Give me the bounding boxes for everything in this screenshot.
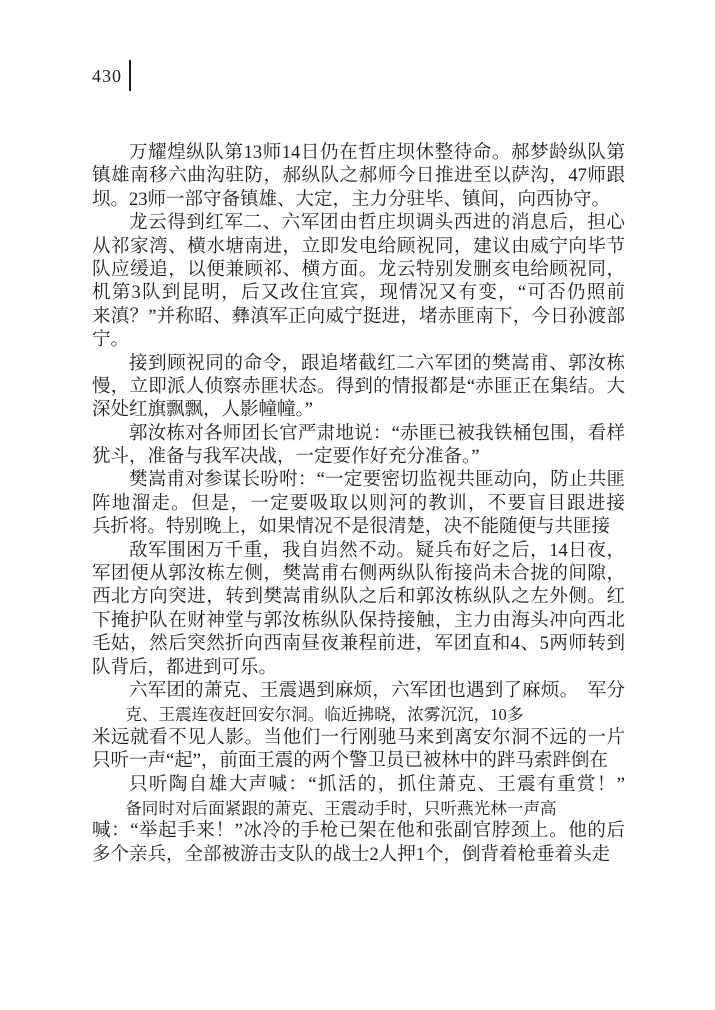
book-page: 430 万耀煌纵队第13师14日仍在哲庄坝休整待命。郝梦龄纵队第99师从镇雄南移… (0, 0, 715, 1010)
text-line: 兵折将。特别晚上，如果情况不是很清楚，决不能随便与共匪接触。” (92, 516, 625, 539)
text-line: 龙云得到红军二、六军团由哲庄坝调头西进的消息后，担心赤匪会 (92, 212, 625, 235)
page-number: 430 (92, 66, 122, 87)
text-line: 镇雄南移六曲沟驻防，郝纵队之郝师今日推进至以萨沟，47师跟进至羊肠 (92, 165, 625, 188)
text-line: 敌军围困万千重，我自岿然不动。疑兵布好之后，14日夜，红二、六 (92, 540, 625, 563)
text-line: 下掩护队在财神堂与郭汝栋纵队保持接触，主力由海头冲向西北前进，至 (92, 610, 625, 633)
page-number-rule (129, 60, 131, 91)
text-line: 宁。 (92, 329, 625, 352)
text-line: 队应缓追，以便兼顾祁、横方面。龙云特别发删亥电给顾祝同，说原调飞 (92, 259, 625, 282)
text-line: 克、王震连夜赶回安尔洞。临近拂晓，浓雾沉沉，10多 (92, 703, 625, 726)
text-line: 深处红旗飘飘，人影幢幢。” (92, 399, 625, 422)
text-line: 慢，立即派人侦察赤匪状态。得到的情报都是“赤匪正在集结。大山树林 (92, 376, 625, 399)
text-line: 来滇？”并称昭、彝滇军正向威宁挺进，堵赤匪南下，今日孙渡部已到威 (92, 306, 625, 329)
text-line: 郭汝栋对各师团长官严肃地说：“赤匪已被我铁桶包围，看样子困兽 (92, 423, 625, 446)
text-line: 喊：“举起手来！”冰冷的手枪已架在他和张副官脖颈上。他的后面的50 (92, 820, 625, 843)
text-line: 犹斗，准备与我军决战，一定要作好充分准备。” (92, 446, 625, 469)
text-line: 接到顾祝同的命令，跟追堵截红二六军团的樊嵩甫、郭汝栋都不敢怠 (92, 353, 625, 376)
text-line: 西北方向突进，转到樊嵩甫纵队之后和郭汝栋纵队之左外侧。红二军团留 (92, 586, 625, 609)
text-line: 机第3队到昆明，后又改住宜宾，现情况又有变，“可否仍照前电，即派 (92, 282, 625, 305)
text-line: 多个亲兵，全部被游击支队的战士2人押1个，倒背着枪垂着头走过来。 (92, 844, 625, 867)
text-line: 坝。23师一部守备镇雄、大定，主力分驻毕、镇间，向西协守。 (92, 189, 625, 212)
text-line: 阵地溜走。但是，一定要吸取以则河的教训，不要盲目跟进接触，以免损 (92, 493, 625, 516)
text-line: 六军团的萧克、王震遇到麻烦，六军团也遇到了麻烦。 军分会后，萧 (92, 680, 625, 703)
text-line: 米远就看不见人影。当他们一行刚驰马来到离安尔洞不远的一片森林时， (92, 727, 625, 750)
text-line: 只听陶自雄大声喊：“抓活的，抓住萧克、王震有重赏！” 正在他准 (92, 774, 625, 797)
text-line: 军团便从郭汝栋左侧，樊嵩甫右侧两纵队衔接尚未合拢的间隙，悄悄地向 (92, 563, 625, 586)
text-line: 只听一声“起”，前面王震的两个警卫员已被林中的跘马索跘倒在地。 (92, 750, 625, 773)
text-line: 万耀煌纵队第13师14日仍在哲庄坝休整待命。郝梦龄纵队第99师从 (92, 142, 625, 165)
text-line: 毛姑，然后突然折向西南昼夜兼程前进，军团直和4、5两师转到郭汝栋纵 (92, 633, 625, 656)
text-line: 樊嵩甫对参谋长吩咐：“一定要密切监视共匪动向，防止共匪从我军 (92, 469, 625, 492)
text-line: 备同时对后面紧跟的萧克、王震动手时，只听燕光林一声高 (92, 797, 625, 820)
text-line: 从祁家湾、横水塘南进，立即发电给顾祝同，建议由威宁向毕节赶进的部 (92, 236, 625, 259)
body-text: 万耀煌纵队第13师14日仍在哲庄坝休整待命。郝梦龄纵队第99师从镇雄南移六曲沟驻… (92, 142, 625, 867)
text-line: 队背后，都进到可乐。 (92, 657, 625, 680)
